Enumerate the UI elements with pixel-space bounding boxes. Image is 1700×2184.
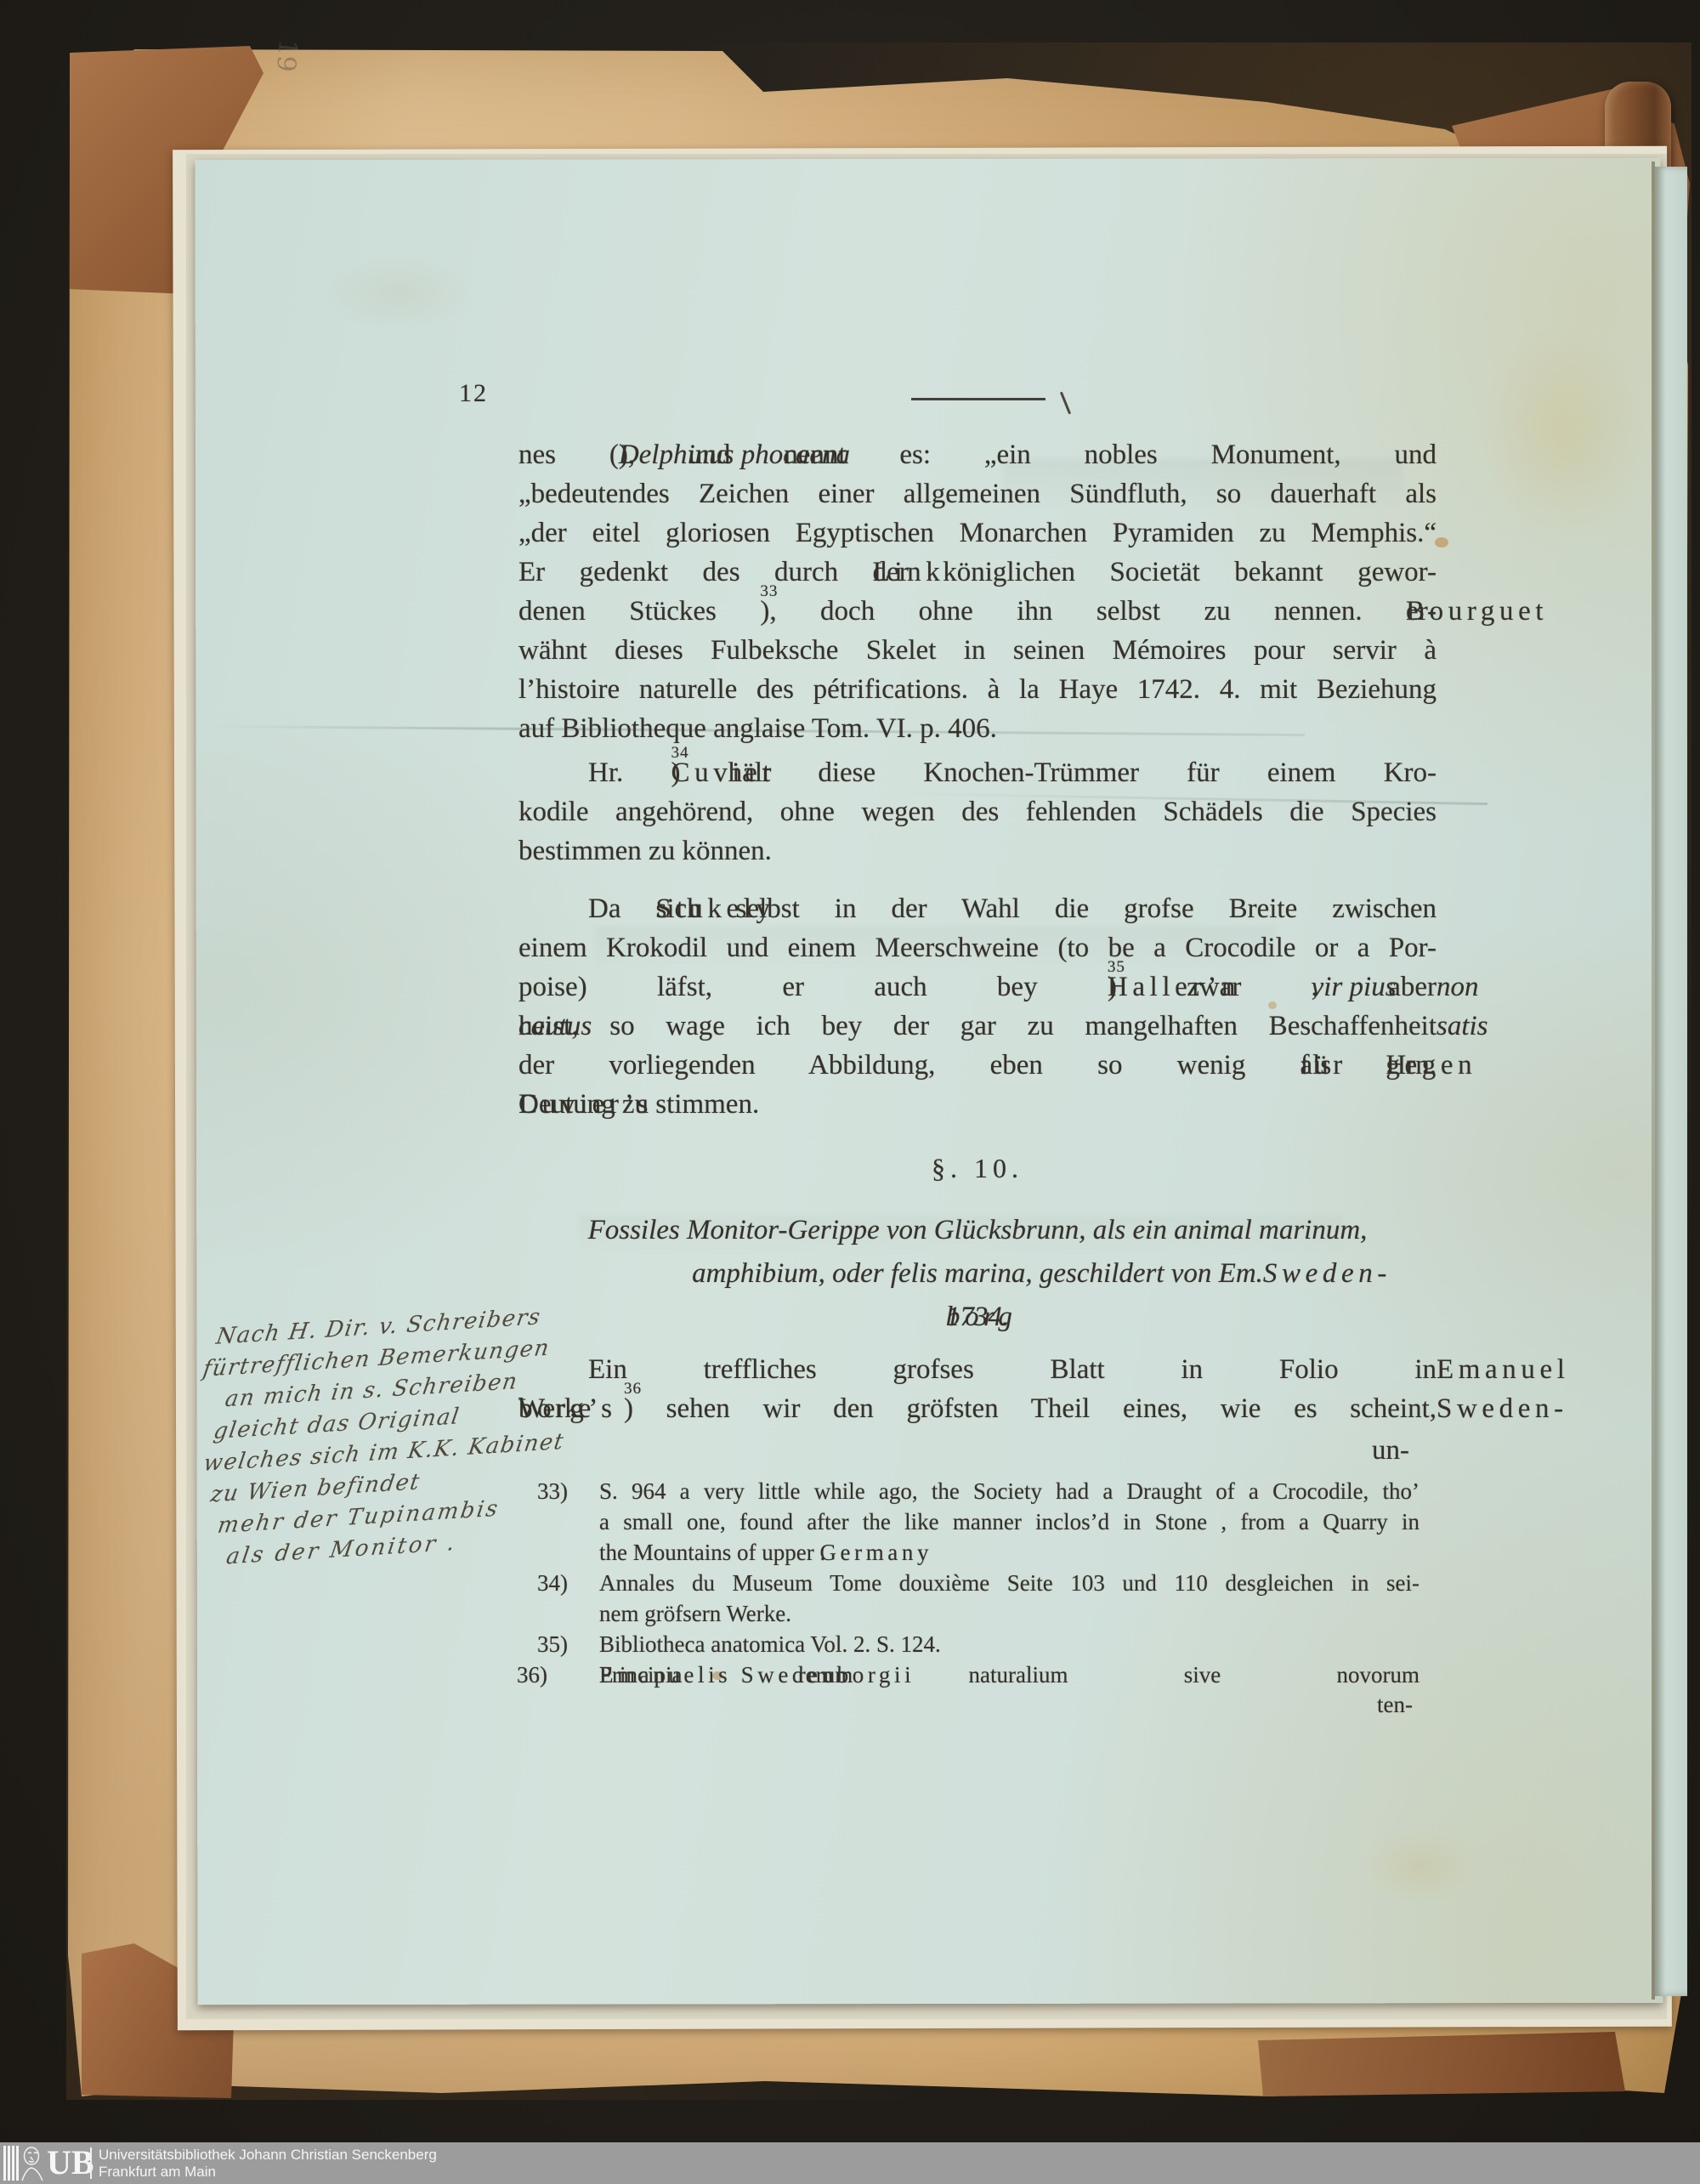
text-line: der vorliegenden Abbildung, eben so weni… [518,1046,1436,1085]
tape-bottom-right [1258,2032,1625,2096]
logo-bars [3,2146,19,2181]
library-watermark-bar: UB Universitätsbibliothek Johann Christi… [0,2142,1700,2184]
text-line: cautus heist, so wage ich bey der gar zu… [518,1007,1436,1046]
footnote-body: Emanuelis Swedenborgii Principia rerum n… [599,1659,1419,1690]
footnote: 34)Annales du Museum Tome douxième Seite… [518,1568,1419,1629]
text-line: einem Krokodil und einem Meerschweine (t… [518,928,1436,967]
footnote-line: Emanuelis Swedenborgii Principia rerum n… [599,1659,1419,1690]
paragraph-3: Da Stukely sich selbst in der Wahl die g… [518,889,1436,1124]
footnote-label: 35) [537,1629,568,1659]
text-line: „bedeutendes Zeichen einer allgemeinen S… [518,474,1436,513]
page-number: 12 [459,379,488,408]
text-line: Cuvier’s Deutung zu stimmen. [518,1085,1436,1124]
text-line: Er gedenkt des durch Link der königliche… [518,553,1436,592]
text-line: denen Stückes 33), doch ohne ihn selbst … [518,592,1436,631]
paragraph-2: Hr. Cuvier 34) hält diese Knochen-Trümme… [518,753,1436,871]
scan-canvas: 19 12 nes (Delphinus phocaena), und nenn… [0,0,1700,2184]
ub-logo-text: UB [47,2143,94,2182]
text-line: nes (Delphinus phocaena), und nennt es: … [518,435,1436,474]
section-mark: §. 10. [518,1153,1436,1184]
text-line: auf Bibliotheque anglaise Tom. VI. p. 40… [518,709,1436,748]
library-location: Frankfurt am Main [99,2164,437,2181]
text-line: Hr. Cuvier 34) hält diese Knochen-Trümme… [518,753,1436,792]
footnote-label: 34) [537,1568,568,1598]
stain [1360,1828,1479,1904]
footnote-body: Annales du Museum Tome douxième Seite 10… [599,1568,1419,1629]
footnote-body: Bibliotheca anatomica Vol. 2. S. 124. [599,1629,1419,1659]
logo-divider [90,2147,92,2179]
footnote-label: 36) [517,1659,547,1690]
catchword-footnote: ten- [518,1692,1413,1718]
pencil-folio-number: 19 [270,38,303,73]
footnote-line: S. 964 a very little while ago, the Soci… [599,1476,1419,1506]
library-institution: Universitätsbibliothek Johann Christian … [99,2147,437,2164]
footnote-line: Bibliotheca anatomica Vol. 2. S. 124. [599,1629,1419,1659]
text-line: wähnt dieses Fulbeksche Skelet in seinen… [518,631,1436,670]
footnote-line: nem gröfsern Werke. [599,1598,1419,1629]
text-line: bestimmen zu können. [518,831,1436,871]
text-line: l’histoire naturelle des pétrifications.… [518,670,1436,709]
footnote-line: the Mountains of upper Germany. [599,1537,1419,1568]
text-line: „der eitel gloriosen Egyptischen Monarch… [518,513,1436,553]
text-line: poise) läfst, er auch bey Haller’n 35) z… [518,967,1436,1007]
footnote-line: Annales du Museum Tome douxième Seite 10… [599,1568,1419,1598]
stain [1479,323,1649,544]
fox-spot [1435,537,1448,547]
footnote: 36)Emanuelis Swedenborgii Principia reru… [518,1659,1419,1690]
paragraph-1: nes (Delphinus phocaena), und nennt es: … [518,435,1436,748]
footnote-line: a small one, found after the like manner… [599,1506,1419,1537]
handwritten-marginalia: Nach H. Dir. v. Schreibersfürtrefflichen… [195,1296,651,1574]
text-line: Fossiles Monitor-Gerippe von Glücksbrunn… [501,1209,1453,1252]
header-rule [911,398,1045,400]
adjacent-page-edge [1655,167,1687,1996]
footnote-body: S. 964 a very little while ago, the Soci… [599,1476,1419,1568]
library-name: Universitätsbibliothek Johann Christian … [99,2147,437,2181]
footnote: 35)Bibliotheca anatomica Vol. 2. S. 124. [518,1629,1419,1659]
text-line: Da Stukely sich selbst in der Wahl die g… [518,889,1436,928]
text-line: kodile angehörend, ohne wegen des fehlen… [518,792,1436,831]
stain [323,255,476,332]
text-line: amphibium, oder felis marina, geschilder… [501,1252,1453,1296]
